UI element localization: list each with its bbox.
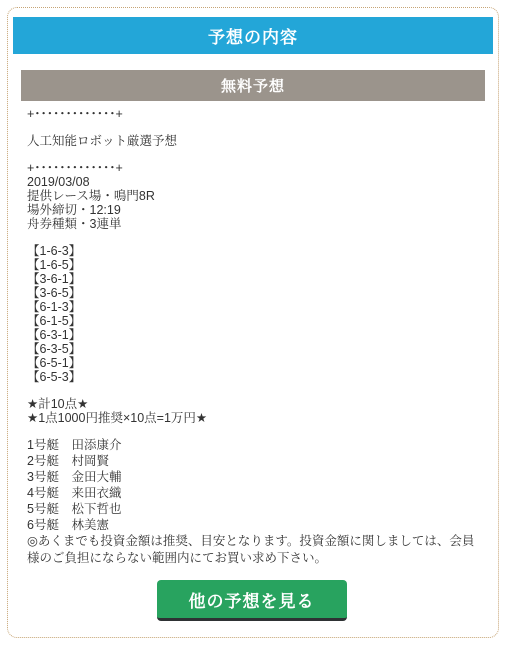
divider-line: +･････････････+: [27, 161, 476, 175]
race-bet-type: 舟券種類・3連単: [27, 217, 476, 231]
disclaimer-text: ◎あくまでも投資金額は推奨、目安となります。投資金額に関しましては、会員様のご負…: [27, 533, 476, 567]
pick-line: 【1-6-3】: [27, 244, 476, 258]
racer-line: 4号艇 来田衣織: [27, 485, 476, 501]
pick-line: 【6-1-3】: [27, 300, 476, 314]
page-title: 予想の内容: [208, 23, 298, 48]
divider-line: +･････････････+: [27, 107, 476, 121]
pick-line: 【3-6-1】: [27, 272, 476, 286]
racer-line: 2号艇 村岡賢: [27, 453, 476, 469]
race-venue: 提供レース場・鳴門8R: [27, 189, 476, 203]
pick-line: 【3-6-5】: [27, 286, 476, 300]
racer-line: 5号艇 松下哲也: [27, 501, 476, 517]
racer-line: 3号艇 金田大輔: [27, 469, 476, 485]
racer-line: 6号艇 林美憲: [27, 517, 476, 533]
pick-line: 【1-6-5】: [27, 258, 476, 272]
pick-line: 【6-5-3】: [27, 370, 476, 384]
section-title: 無料予想: [221, 75, 285, 96]
summary-stake-line: ★1点1000円推奨×10点=1万円★: [27, 411, 476, 425]
pick-line: 【6-3-1】: [27, 328, 476, 342]
button-row: 他の予想を見る: [27, 580, 476, 621]
intro-line: 人工知能ロボット厳選予想: [27, 134, 476, 148]
prediction-card: 予想の内容 無料予想 +･････････････+ 人工知能ロボット厳選予想 …: [7, 7, 499, 638]
summary-total-line: ★計10点★: [27, 397, 476, 411]
see-other-predictions-button[interactable]: 他の予想を見る: [157, 580, 347, 621]
race-date: 2019/03/08: [27, 175, 476, 189]
racer-line: 1号艇 田添康介: [27, 437, 476, 453]
section-header-bar: 無料予想: [21, 70, 485, 101]
pick-line: 【6-1-5】: [27, 314, 476, 328]
page-header-bar: 予想の内容: [13, 17, 493, 54]
pick-line: 【6-5-1】: [27, 356, 476, 370]
race-deadline: 場外締切・12:19: [27, 203, 476, 217]
pick-line: 【6-3-5】: [27, 342, 476, 356]
prediction-content: +･････････････+ 人工知能ロボット厳選予想 +･･････････…: [8, 101, 498, 621]
